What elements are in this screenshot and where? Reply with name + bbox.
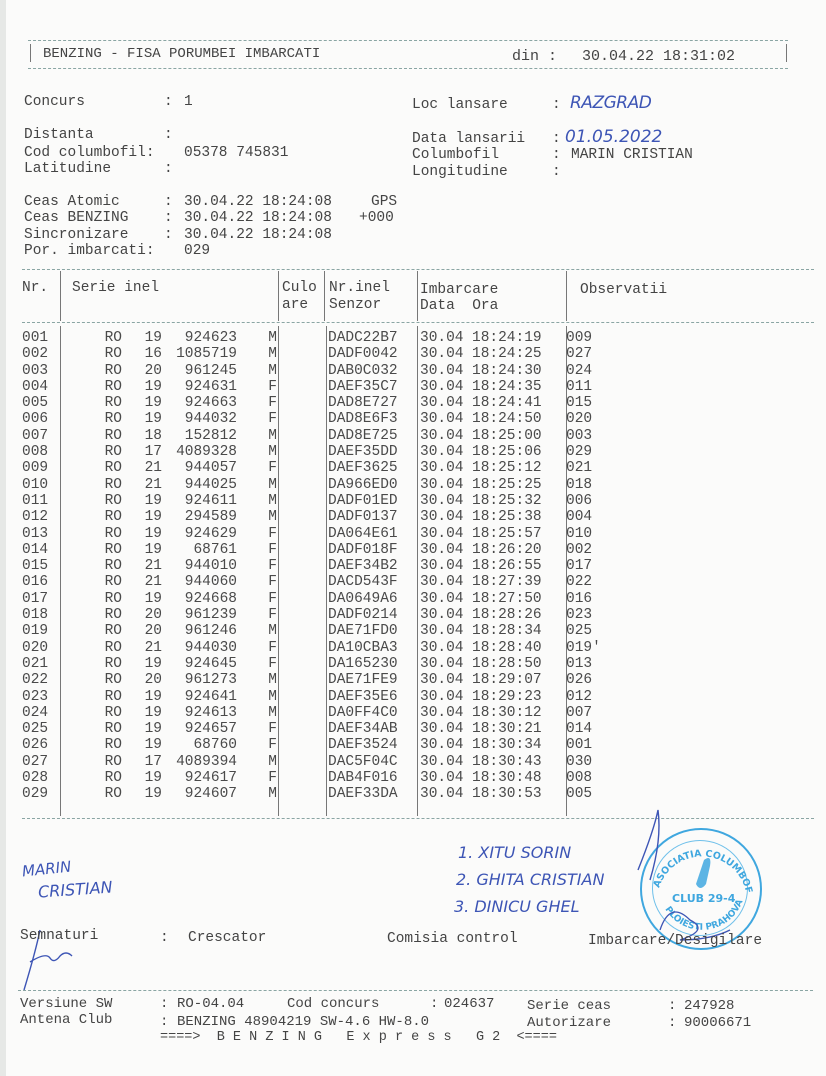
observation: 018 [562, 477, 601, 493]
pigeon-sex: M [237, 363, 277, 379]
pigeon-table-body: 001RO19924623MDADC22B730.0418:24:1900900… [22, 330, 601, 803]
ring-year: 20 [132, 363, 162, 379]
pigeon-color [277, 656, 322, 672]
sincronizare-colon: : [164, 227, 173, 243]
sensor-ring-id: DADC22B7 [322, 330, 416, 346]
header-right-border [786, 44, 787, 62]
ring-number: 961245 [162, 363, 237, 379]
ring-country: RO [62, 640, 132, 656]
benzing-express-banner: ====> B E N Z I N G E x p r e s s G 2 <=… [160, 1030, 557, 1045]
ring-year: 19 [132, 411, 162, 427]
pigeon-color [277, 363, 322, 379]
sensor-ring-id: DACD543F [322, 574, 416, 590]
ring-number: 944060 [162, 574, 237, 590]
scan-edge [0, 0, 6, 1076]
boarding-date: 30.04 [416, 721, 472, 737]
columbofil-colon: : [552, 147, 561, 163]
pigeon-color [277, 330, 322, 346]
boarding-date: 30.04 [416, 737, 472, 753]
row-number: 001 [22, 330, 62, 346]
sincronizare-value: 30.04.22 18:24:08 [184, 227, 332, 243]
loc-lansare-label: Loc lansare [412, 97, 508, 113]
ring-number: 961246 [162, 623, 237, 639]
boarding-time: 18:28:34 [472, 623, 562, 639]
sensor-ring-id: DAE71FE9 [322, 672, 416, 688]
header-imbarcare-2: Data Ora [420, 298, 498, 314]
ring-year: 21 [132, 574, 162, 590]
table-row: 004RO19924631FDAEF35C730.0418:24:35011 [22, 379, 601, 395]
ring-country: RO [62, 558, 132, 574]
table-row: 022RO20961273MDAE71FE930.0418:29:07026 [22, 672, 601, 688]
ceas-atomic-suffix: GPS [371, 194, 397, 210]
ring-year: 19 [132, 689, 162, 705]
pigeon-color [277, 379, 322, 395]
table-row: 023RO19924641MDAEF35E630.0418:29:23012 [22, 689, 601, 705]
pigeon-color [277, 721, 322, 737]
pigeon-table: 001RO19924623MDADC22B730.0418:24:1900900… [22, 330, 601, 803]
ring-year: 19 [132, 493, 162, 509]
pigeon-sex: F [237, 379, 277, 395]
boarding-date: 30.04 [416, 460, 472, 476]
observation: 017 [562, 558, 601, 574]
concurs-label: Concurs [24, 94, 85, 110]
ring-number: 924623 [162, 330, 237, 346]
sensor-ring-id: DADF0137 [322, 509, 416, 525]
boarding-time: 18:28:40 [472, 640, 562, 656]
sensor-ring-id: DA064E61 [322, 526, 416, 542]
boarding-time: 18:25:12 [472, 460, 562, 476]
boarding-date: 30.04 [416, 770, 472, 786]
ring-country: RO [62, 770, 132, 786]
observation: 019' [562, 640, 601, 656]
concurs-value: 1 [184, 94, 193, 110]
observation: 030 [562, 754, 601, 770]
row-number: 029 [22, 786, 62, 802]
cod-columbofil-value: 05378 745831 [184, 145, 288, 161]
ring-number: 924629 [162, 526, 237, 542]
observation: 011 [562, 379, 601, 395]
ring-country: RO [62, 477, 132, 493]
ring-country: RO [62, 623, 132, 639]
pigeon-sex: F [237, 558, 277, 574]
pigeon-color [277, 574, 322, 590]
pigeon-color [277, 591, 322, 607]
header-nr: Nr. [22, 280, 48, 296]
por-imbarcati-label: Por. imbarcati: [24, 243, 155, 259]
ring-number: 924613 [162, 705, 237, 721]
boarding-time: 18:24:19 [472, 330, 562, 346]
table-row: 014RO1968761FDADF018F30.0418:26:20002 [22, 542, 601, 558]
boarding-time: 18:30:48 [472, 770, 562, 786]
ring-country: RO [62, 346, 132, 362]
ring-country: RO [62, 493, 132, 509]
observation: 001 [562, 737, 601, 753]
ring-year: 19 [132, 737, 162, 753]
sensor-ring-id: DAEF35DD [322, 444, 416, 460]
pigeon-sex: M [237, 493, 277, 509]
boarding-time: 18:25:00 [472, 428, 562, 444]
cod-concurs-colon: : [430, 996, 438, 1012]
header-serie-inel: Serie inel [72, 280, 159, 296]
table-row: 009RO21944057FDAEF362530.0418:25:12021 [22, 460, 601, 476]
ceas-atomic-colon: : [164, 194, 173, 210]
sensor-ring-id: DA0FF4C0 [322, 705, 416, 721]
observation: 027 [562, 346, 601, 362]
row-number: 022 [22, 672, 62, 688]
sensor-ring-id: DAE71FD0 [322, 623, 416, 639]
sensor-ring-id: DAEF34B2 [322, 558, 416, 574]
table-row: 019RO20961246MDAE71FD030.0418:28:34025 [22, 623, 601, 639]
autorizare-value: 90006671 [684, 1015, 751, 1031]
ring-country: RO [62, 428, 132, 444]
ring-number: 944057 [162, 460, 237, 476]
pigeon-color [277, 493, 322, 509]
sensor-ring-id: DAC5F04C [322, 754, 416, 770]
ring-country: RO [62, 607, 132, 623]
header-left-border [30, 44, 31, 62]
boarding-date: 30.04 [416, 509, 472, 525]
row-number: 004 [22, 379, 62, 395]
ring-country: RO [62, 689, 132, 705]
ring-year: 16 [132, 346, 162, 362]
observation: 020 [562, 411, 601, 427]
ring-year: 17 [132, 754, 162, 770]
ring-country: RO [62, 574, 132, 590]
pigeon-color [277, 754, 322, 770]
col-divider-imbarcare [566, 271, 567, 321]
imbarcare-desigilare-label: Imbarcare/Desigilare [588, 933, 762, 949]
pigeon-color [277, 460, 322, 476]
pigeon-sex: F [237, 737, 277, 753]
table-row: 017RO19924668FDA0649A630.0418:27:50016 [22, 591, 601, 607]
boarding-time: 18:28:50 [472, 656, 562, 672]
pigeon-color [277, 623, 322, 639]
observation: 010 [562, 526, 601, 542]
pigeon-color [277, 428, 322, 444]
columbofil-label: Columbofil [412, 147, 499, 163]
ring-number: 924641 [162, 689, 237, 705]
row-number: 002 [22, 346, 62, 362]
ring-country: RO [62, 411, 132, 427]
data-lansarii-colon: : [552, 131, 561, 147]
pigeon-sex: F [237, 591, 277, 607]
table-bottom-rule [22, 818, 814, 819]
col-divider-senzor [417, 271, 418, 321]
observation: 022 [562, 574, 601, 590]
observation: 012 [562, 689, 601, 705]
pigeon-color [277, 737, 322, 753]
row-number: 010 [22, 477, 62, 493]
longitudine-label: Longitudine [412, 164, 508, 180]
boarding-date: 30.04 [416, 379, 472, 395]
ring-number: 944032 [162, 411, 237, 427]
ring-year: 21 [132, 640, 162, 656]
boarding-time: 18:25:32 [472, 493, 562, 509]
table-row: 026RO1968760FDAEF352430.0418:30:34001 [22, 737, 601, 753]
boarding-date: 30.04 [416, 346, 472, 362]
pigeon-sex: F [237, 542, 277, 558]
longitudine-colon: : [552, 164, 561, 180]
ceas-benzing-value: 30.04.22 18:24:08 [184, 210, 332, 226]
boarding-date: 30.04 [416, 330, 472, 346]
pigeon-sex: F [237, 574, 277, 590]
table-row: 007RO18152812MDAD8E72530.0418:25:00003 [22, 428, 601, 444]
ring-number: 4089328 [162, 444, 237, 460]
handwritten-committee-2: 2. GHITA CRISTIAN [456, 870, 604, 889]
pigeon-color [277, 444, 322, 460]
pigeon-sex: M [237, 623, 277, 639]
sensor-ring-id: DADF0214 [322, 607, 416, 623]
print-date-value: 30.04.22 18:31:02 [582, 48, 735, 65]
table-header-top-rule [22, 269, 814, 270]
ring-year: 21 [132, 460, 162, 476]
pigeon-sex: F [237, 395, 277, 411]
ceas-atomic-value: 30.04.22 18:24:08 [184, 194, 332, 210]
observation: 002 [562, 542, 601, 558]
table-row: 025RO19924657FDAEF34AB30.0418:30:21014 [22, 721, 601, 737]
ring-country: RO [62, 786, 132, 802]
pigeon-sex: M [237, 689, 277, 705]
row-number: 024 [22, 705, 62, 721]
observation: 021 [562, 460, 601, 476]
ring-number: 924663 [162, 395, 237, 411]
observation: 003 [562, 428, 601, 444]
cod-columbofil-label: Cod columbofil: [24, 145, 155, 161]
row-number: 018 [22, 607, 62, 623]
ring-country: RO [62, 656, 132, 672]
row-number: 017 [22, 591, 62, 607]
antena-club-value: BENZING 48904219 SW-4.6 HW-8.0 [177, 1014, 429, 1030]
boarding-date: 30.04 [416, 786, 472, 802]
footer-rule [18, 990, 813, 991]
sensor-ring-id: DA165230 [322, 656, 416, 672]
row-number: 015 [22, 558, 62, 574]
observation: 026 [562, 672, 601, 688]
sensor-ring-id: DAEF3524 [322, 737, 416, 753]
ring-year: 19 [132, 395, 162, 411]
ring-number: 944030 [162, 640, 237, 656]
sensor-ring-id: DA10CBA3 [322, 640, 416, 656]
table-row: 021RO19924645FDA16523030.0418:28:50013 [22, 656, 601, 672]
pigeon-sex: F [237, 721, 277, 737]
ring-number: 961239 [162, 607, 237, 623]
ring-number: 961273 [162, 672, 237, 688]
boarding-time: 18:26:55 [472, 558, 562, 574]
boarding-date: 30.04 [416, 477, 472, 493]
sensor-ring-id: DAEF33DA [322, 786, 416, 802]
table-header-bottom-rule [22, 322, 814, 323]
row-number: 009 [22, 460, 62, 476]
boarding-time: 18:25:57 [472, 526, 562, 542]
ring-country: RO [62, 705, 132, 721]
boarding-time: 18:25:38 [472, 509, 562, 525]
observation: 006 [562, 493, 601, 509]
sensor-ring-id: DADF018F [322, 542, 416, 558]
pigeon-color [277, 477, 322, 493]
row-number: 007 [22, 428, 62, 444]
sensor-ring-id: DAD8E6F3 [322, 411, 416, 427]
observation: 007 [562, 705, 601, 721]
latitudine-colon: : [164, 161, 173, 177]
table-row: 028RO19924617FDAB4F01630.0418:30:48008 [22, 770, 601, 786]
row-number: 005 [22, 395, 62, 411]
boarding-time: 18:24:30 [472, 363, 562, 379]
boarding-date: 30.04 [416, 591, 472, 607]
observation: 005 [562, 786, 601, 802]
ring-year: 19 [132, 770, 162, 786]
sensor-ring-id: DAD8E727 [322, 395, 416, 411]
boarding-date: 30.04 [416, 574, 472, 590]
handwritten-committee-1: 1. XITU SORIN [458, 843, 571, 862]
comisia-control-label: Comisia control [387, 931, 518, 947]
pigeon-sex: F [237, 526, 277, 542]
sensor-ring-id: DADF01ED [322, 493, 416, 509]
pigeon-sex: F [237, 640, 277, 656]
row-number: 013 [22, 526, 62, 542]
ring-country: RO [62, 754, 132, 770]
pigeon-sex: F [237, 607, 277, 623]
antena-club-label: Antena Club [20, 1012, 112, 1028]
ceas-benzing-label: Ceas BENZING [24, 210, 128, 226]
ring-country: RO [62, 460, 132, 476]
por-imbarcati-value: 029 [184, 243, 210, 259]
ring-country: RO [62, 444, 132, 460]
boarding-date: 30.04 [416, 411, 472, 427]
ring-year: 19 [132, 379, 162, 395]
table-row: 029RO19924607MDAEF33DA30.0418:30:53005 [22, 786, 601, 802]
ceas-atomic-label: Ceas Atomic [24, 194, 120, 210]
ring-number: 924607 [162, 786, 237, 802]
row-number: 014 [22, 542, 62, 558]
ring-country: RO [62, 363, 132, 379]
club-stamp: ASOCIATIA COLUMBOFILA PLOIESTI PRAHOVA C… [640, 828, 762, 950]
ring-number: 924631 [162, 379, 237, 395]
loc-lansare-colon: : [552, 97, 561, 113]
ring-year: 19 [132, 721, 162, 737]
pigeon-color [277, 395, 322, 411]
table-row: 020RO21944030FDA10CBA330.0418:28:40019' [22, 640, 601, 656]
crescator-label: Crescator [188, 930, 266, 946]
pigeon-sex: M [237, 428, 277, 444]
row-number: 026 [22, 737, 62, 753]
stamp-text-ring: ASOCIATIA COLUMBOFILA PLOIESTI PRAHOVA [642, 830, 760, 948]
boarding-time: 18:27:39 [472, 574, 562, 590]
stamp-center-text: CLUB 29-4 [672, 892, 735, 905]
pigeon-sex: M [237, 330, 277, 346]
header-imbarcare-1: Imbarcare [420, 282, 498, 298]
pigeon-color [277, 672, 322, 688]
ring-year: 19 [132, 509, 162, 525]
ring-year: 19 [132, 330, 162, 346]
ring-year: 19 [132, 542, 162, 558]
col-divider-culoare [324, 271, 325, 321]
observation: 016 [562, 591, 601, 607]
ring-number: 68760 [162, 737, 237, 753]
autorizare-label: Autorizare [527, 1015, 611, 1031]
observation: 009 [562, 330, 601, 346]
row-number: 021 [22, 656, 62, 672]
distanta-colon: : [164, 127, 173, 143]
ring-year: 19 [132, 526, 162, 542]
ring-number: 4089394 [162, 754, 237, 770]
latitudine-label: Latitudine [24, 161, 111, 177]
row-number: 028 [22, 770, 62, 786]
ring-country: RO [62, 591, 132, 607]
ring-country: RO [62, 395, 132, 411]
row-number: 006 [22, 411, 62, 427]
ceas-benzing-colon: : [164, 210, 173, 226]
observation: 015 [562, 395, 601, 411]
boarding-date: 30.04 [416, 689, 472, 705]
ring-number: 924657 [162, 721, 237, 737]
pigeon-color [277, 509, 322, 525]
row-number: 012 [22, 509, 62, 525]
ring-year: 21 [132, 558, 162, 574]
boarding-date: 30.04 [416, 656, 472, 672]
table-row: 001RO19924623MDADC22B730.0418:24:19009 [22, 330, 601, 346]
sensor-ring-id: DAD8E725 [322, 428, 416, 444]
pigeon-color [277, 411, 322, 427]
pigeon-sex: F [237, 770, 277, 786]
loc-lansare-handwritten: RAZGRAD [570, 93, 651, 113]
row-number: 027 [22, 754, 62, 770]
row-number: 019 [22, 623, 62, 639]
row-number: 016 [22, 574, 62, 590]
observation: 029 [562, 444, 601, 460]
observation: 013 [562, 656, 601, 672]
header-nr-inel-1: Nr.inel [329, 280, 390, 296]
row-number: 008 [22, 444, 62, 460]
boarding-time: 18:30:43 [472, 754, 562, 770]
boarding-time: 18:28:26 [472, 607, 562, 623]
versiune-sw-colon: : [160, 996, 168, 1012]
pigeon-sex: M [237, 509, 277, 525]
sensor-ring-id: DA966ED0 [322, 477, 416, 493]
semnaturi-colon: : [160, 930, 169, 946]
ring-country: RO [62, 542, 132, 558]
ring-number: 924617 [162, 770, 237, 786]
ring-year: 20 [132, 623, 162, 639]
boarding-date: 30.04 [416, 542, 472, 558]
header-culoare-1: Culo [282, 280, 317, 296]
table-row: 018RO20961239FDADF021430.0418:28:26023 [22, 607, 601, 623]
pigeon-color [277, 526, 322, 542]
boarding-date: 30.04 [416, 607, 472, 623]
pigeon-sex: M [237, 444, 277, 460]
table-row: 012RO19294589MDADF013730.0418:25:38004 [22, 509, 601, 525]
distanta-label: Distanta [24, 127, 94, 143]
boarding-time: 18:24:35 [472, 379, 562, 395]
sensor-ring-id: DAEF35E6 [322, 689, 416, 705]
ring-year: 18 [132, 428, 162, 444]
table-row: 003RO20961245MDAB0C03230.0418:24:30024 [22, 363, 601, 379]
semnaturi-label: Semnaturi [20, 928, 98, 944]
table-row: 013RO19924629FDA064E6130.0418:25:57010 [22, 526, 601, 542]
pigeon-color [277, 558, 322, 574]
serie-ceas-value: 247928 [684, 998, 734, 1014]
table-row: 006RO19944032FDAD8E6F330.0418:24:50020 [22, 411, 601, 427]
ring-year: 19 [132, 786, 162, 802]
boarding-date: 30.04 [416, 705, 472, 721]
sensor-ring-id: DAEF35C7 [322, 379, 416, 395]
header-bottom-rule [28, 68, 788, 69]
handwritten-owner-line1: MARIN [21, 857, 72, 880]
cod-concurs-value: 024637 [444, 996, 494, 1012]
ring-number: 1085719 [162, 346, 237, 362]
pigeon-sex: F [237, 411, 277, 427]
boarding-date: 30.04 [416, 526, 472, 542]
observation: 023 [562, 607, 601, 623]
